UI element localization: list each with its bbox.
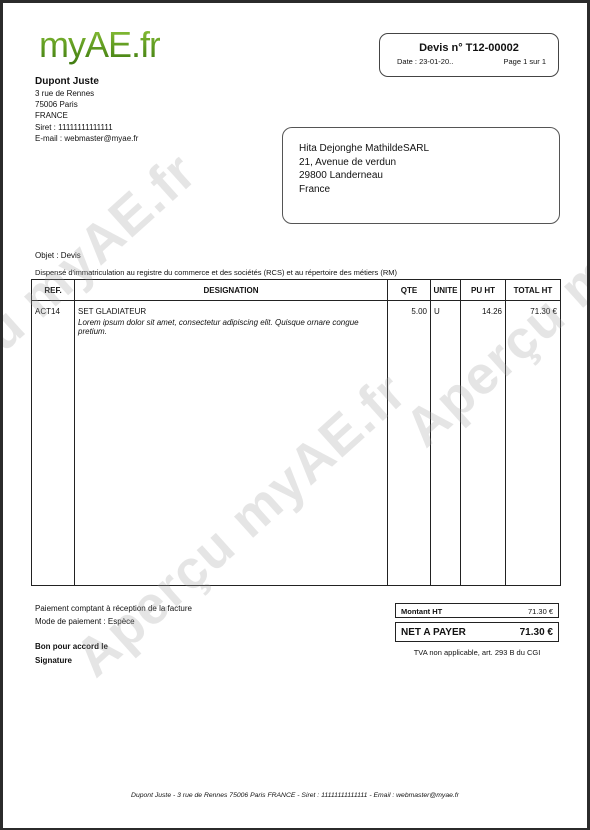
col-header-qte: QTE bbox=[388, 280, 431, 301]
col-header-unite: UNITE bbox=[431, 280, 461, 301]
cell-ref: ACT14 bbox=[32, 301, 75, 586]
client-address-box: Hita Dejonghe MathildeSARL 21, Avenue de… bbox=[282, 127, 560, 224]
montant-ht-value: 71.30 € bbox=[528, 607, 553, 616]
item-description: Lorem ipsum dolor sit amet, consectetur … bbox=[78, 318, 384, 336]
col-header-ref: REF. bbox=[32, 280, 75, 301]
signature-label: Signature bbox=[35, 654, 108, 668]
sender-email: E-mail : webmaster@myae.fr bbox=[35, 133, 138, 144]
document-info-box: Devis n° T12-00002 Date : 23-01-20.. Pag… bbox=[379, 33, 559, 77]
table-row: ACT14 SET GLADIATEUR Lorem ipsum dolor s… bbox=[32, 301, 561, 586]
net-a-payer-value: 71.30 € bbox=[520, 627, 553, 638]
sender-country: FRANCE bbox=[35, 110, 138, 121]
client-street: 21, Avenue de verdun bbox=[299, 156, 559, 170]
registration-exemption-note: Dispensé d'immatriculation au registre d… bbox=[35, 268, 397, 277]
payment-terms: Paiement comptant à réception de la fact… bbox=[35, 603, 192, 628]
payment-condition: Paiement comptant à réception de la fact… bbox=[35, 603, 192, 616]
sender-street: 3 rue de Rennes bbox=[35, 88, 138, 99]
col-header-pu-ht: PU HT bbox=[461, 280, 506, 301]
approval-label: Bon pour accord le bbox=[35, 640, 108, 654]
table-header-row: REF. DESIGNATION QTE UNITE PU HT TOTAL H… bbox=[32, 280, 561, 301]
sender-siret: Siret : 11111111111111 bbox=[35, 122, 138, 133]
cell-qte: 5.00 bbox=[388, 301, 431, 586]
document-page: myAE.fr Dupont Juste 3 rue de Rennes 750… bbox=[3, 3, 587, 828]
sender-name: Dupont Juste bbox=[35, 75, 138, 88]
page-footer: Dupont Juste - 3 rue de Rennes 75006 Par… bbox=[3, 792, 587, 799]
net-a-payer-box: NET A PAYER 71.30 € bbox=[395, 622, 559, 642]
company-logo: myAE.fr bbox=[39, 25, 160, 65]
items-table: REF. DESIGNATION QTE UNITE PU HT TOTAL H… bbox=[31, 279, 561, 586]
client-city: 29800 Landerneau bbox=[299, 169, 559, 183]
client-country: France bbox=[299, 183, 559, 197]
tva-note: TVA non applicable, art. 293 B du CGI bbox=[395, 648, 559, 657]
col-header-total-ht: TOTAL HT bbox=[506, 280, 561, 301]
cell-total-ht: 71.30 € bbox=[506, 301, 561, 586]
page-number: Page 1 sur 1 bbox=[503, 57, 546, 66]
document-title: Devis n° T12-00002 bbox=[380, 42, 558, 54]
cell-pu-ht: 14.26 bbox=[461, 301, 506, 586]
cell-unite: U bbox=[431, 301, 461, 586]
payment-mode: Mode de paiement : Espèce bbox=[35, 616, 192, 629]
montant-ht-box: Montant HT 71.30 € bbox=[395, 603, 559, 618]
montant-ht-label: Montant HT bbox=[401, 607, 442, 616]
sender-address: Dupont Juste 3 rue de Rennes 75006 Paris… bbox=[35, 75, 138, 144]
col-header-designation: DESIGNATION bbox=[75, 280, 388, 301]
client-name: Hita Dejonghe MathildeSARL bbox=[299, 142, 559, 156]
cell-designation: SET GLADIATEUR Lorem ipsum dolor sit ame… bbox=[75, 301, 388, 586]
net-a-payer-label: NET A PAYER bbox=[401, 627, 466, 638]
sender-city: 75006 Paris bbox=[35, 99, 138, 110]
document-date: Date : 23-01-20.. bbox=[397, 57, 453, 66]
item-title: SET GLADIATEUR bbox=[78, 307, 384, 316]
quote-subject: Objet : Devis bbox=[35, 251, 81, 260]
approval-block: Bon pour accord le Signature bbox=[35, 640, 108, 667]
